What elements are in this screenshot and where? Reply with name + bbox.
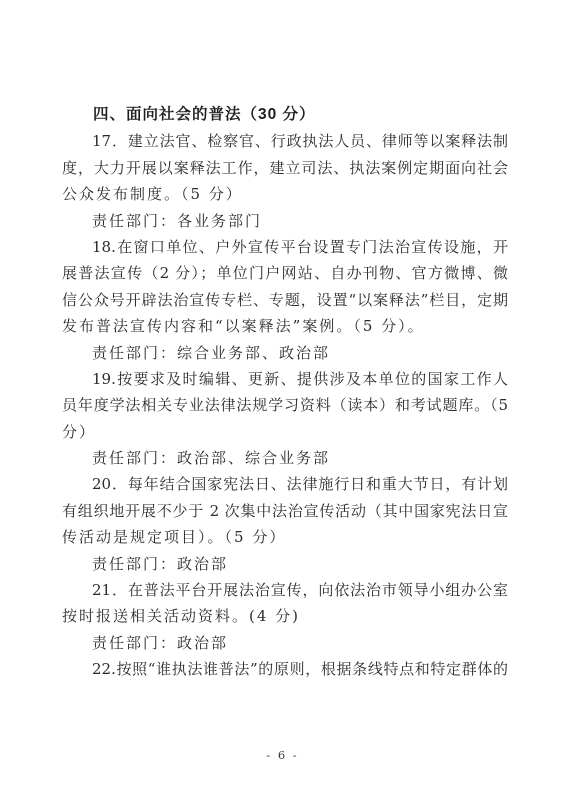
item-17-line-1: 17．建立法官、检察官、行政执法人员、律师等以案释法制 (62, 128, 508, 154)
document-page: 四、面向社会的普法（30 分） 17．建立法官、检察官、行政执法人员、律师等以案… (0, 0, 565, 800)
item-17-line-3: 公众发布制度。（5 分） (62, 181, 508, 207)
item-21-line-2: 按时报送相关活动资料。(4 分) (62, 603, 508, 629)
item-20-line-3: 传活动是规定项目）。（5 分） (62, 524, 508, 550)
item-21: 21．在普法平台开展法治宣传，向依法治市领导小组办公室 按时报送相关活动资料。(… (62, 577, 508, 656)
item-22-line-1: 22.按照“谁执法谁普法”的原则，根据条线特点和特定群体的 (62, 656, 508, 682)
item-18-responsible: 责任部门：综合业务部、政治部 (62, 340, 508, 366)
item-20-line-1: 20．每年结合国家宪法日、法律施行日和重大节日，有计划 (62, 471, 508, 497)
page-number: - 6 - (0, 748, 565, 762)
item-21-line-1: 21．在普法平台开展法治宣传，向依法治市领导小组办公室 (62, 577, 508, 603)
item-20: 20．每年结合国家宪法日、法律施行日和重大节日，有计划 有组织地开展不少于 2 … (62, 471, 508, 577)
item-17-responsible: 责任部门：各业务部门 (62, 208, 508, 234)
item-18-line-3: 信公众号开辟法治宣传专栏、专题，设置“以案释法”栏目，定期 (62, 287, 508, 313)
item-21-responsible: 责任部门：政治部 (62, 630, 508, 656)
document-content: 四、面向社会的普法（30 分） 17．建立法官、检察官、行政执法人员、律师等以案… (62, 102, 508, 683)
item-18: 18.在窗口单位、户外宣传平台设置专门法治宣传设施，开 展普法宣传（2 分）；单… (62, 234, 508, 366)
item-17: 17．建立法官、检察官、行政执法人员、律师等以案释法制 度，大力开展以案释法工作… (62, 128, 508, 234)
item-22: 22.按照“谁执法谁普法”的原则，根据条线特点和特定群体的 (62, 656, 508, 682)
item-19-line-1: 19.按要求及时编辑、更新、提供涉及本单位的国家工作人 (62, 366, 508, 392)
item-17-line-2: 度，大力开展以案释法工作，建立司法、执法案例定期面向社会 (62, 155, 508, 181)
section-heading: 四、面向社会的普法（30 分） (62, 102, 508, 128)
item-19-line-3: 分） (62, 419, 508, 445)
item-19: 19.按要求及时编辑、更新、提供涉及本单位的国家工作人 员年度学法相关专业法律法… (62, 366, 508, 472)
item-18-line-1: 18.在窗口单位、户外宣传平台设置专门法治宣传设施，开 (62, 234, 508, 260)
item-18-line-4: 发布普法宣传内容和“以案释法”案例。（5 分）。 (62, 313, 508, 339)
item-19-line-2: 员年度学法相关专业法律法规学习资料（读本）和考试题库。（5 (62, 392, 508, 418)
item-18-line-2: 展普法宣传（2 分）；单位门户网站、自办刊物、官方微博、微 (62, 260, 508, 286)
item-20-line-2: 有组织地开展不少于 2 次集中法治宣传活动（其中国家宪法日宣 (62, 498, 508, 524)
item-20-responsible: 责任部门：政治部 (62, 551, 508, 577)
item-19-responsible: 责任部门：政治部、综合业务部 (62, 445, 508, 471)
